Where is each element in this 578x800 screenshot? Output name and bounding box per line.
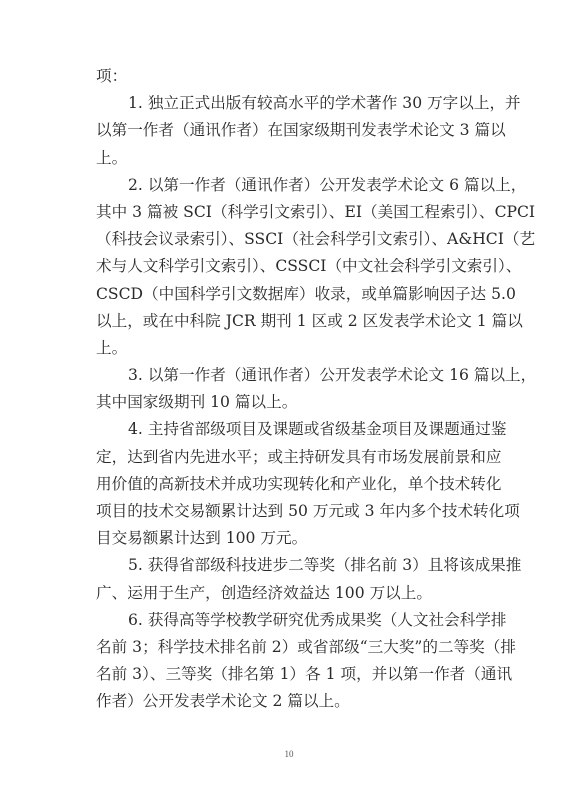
- text-line: 目交易额累计达到 100 万元。: [96, 525, 486, 552]
- page-number: 10: [0, 749, 578, 759]
- text-line: 以上，或在中科院 JCR 期刊 1 区或 2 区发表学术论文 1 篇以: [96, 308, 486, 335]
- text-line: 名前 3；科学技术排名前 2）或省部级“三大奖”的二等奖（排: [96, 634, 486, 661]
- text-line: 以第一作者（通讯作者）在国家级期刊发表学术论文 3 篇以: [96, 117, 486, 144]
- text-line: 名前 3）、三等奖（排名第 1）各 1 项，并以第一作者（通讯: [96, 661, 486, 688]
- text-line: 5. 获得省部级科技进步二等奖（排名前 3）且将该成果推: [96, 552, 486, 579]
- text-line: 作者）公开发表学术论文 2 篇以上。: [96, 688, 486, 715]
- text-line: CSCD（中国科学引文数据库）收录，或单篇影响因子达 5.0: [96, 281, 486, 308]
- text-line: 6. 获得高等学校教学研究优秀成果奖（人文社会科学排: [96, 607, 486, 634]
- text-line: 项：: [96, 63, 486, 90]
- text-line: 上。: [96, 335, 486, 362]
- text-line: 3. 以第一作者（通讯作者）公开发表学术论文 16 篇以上，: [96, 362, 486, 389]
- text-line: 2. 以第一作者（通讯作者）公开发表学术论文 6 篇以上，: [96, 172, 486, 199]
- text-line: 其中国家级期刊 10 篇以上。: [96, 389, 486, 416]
- text-line: 1. 独立正式出版有较高水平的学术著作 30 万字以上，并: [96, 90, 486, 117]
- text-line: （科技会议录索引）、SSCI（社会科学引文索引）、A&HCI（艺: [96, 226, 486, 253]
- text-line: 用价值的高新技术并成功实现转化和产业化，单个技术转化: [96, 471, 486, 498]
- document-body: 项： 1. 独立正式出版有较高水平的学术著作 30 万字以上，并 以第一作者（通…: [96, 63, 486, 716]
- text-line: 上。: [96, 145, 486, 172]
- text-line: 其中 3 篇被 SCI（科学引文索引）、EI（美国工程索引）、CPCI: [96, 199, 486, 226]
- text-line: 定，达到省内先进水平；或主持研发具有市场发展前景和应: [96, 444, 486, 471]
- document-page: 项： 1. 独立正式出版有较高水平的学术著作 30 万字以上，并 以第一作者（通…: [0, 0, 578, 800]
- text-line: 术与人文科学引文索引）、CSSCI（中文社会科学引文索引）、: [96, 253, 486, 280]
- text-line: 项目的技术交易额累计达到 50 万元或 3 年内多个技术转化项: [96, 498, 486, 525]
- text-line: 4. 主持省部级项目及课题或省级基金项目及课题通过鉴: [96, 416, 486, 443]
- text-line: 广、运用于生产，创造经济效益达 100 万以上。: [96, 580, 486, 607]
